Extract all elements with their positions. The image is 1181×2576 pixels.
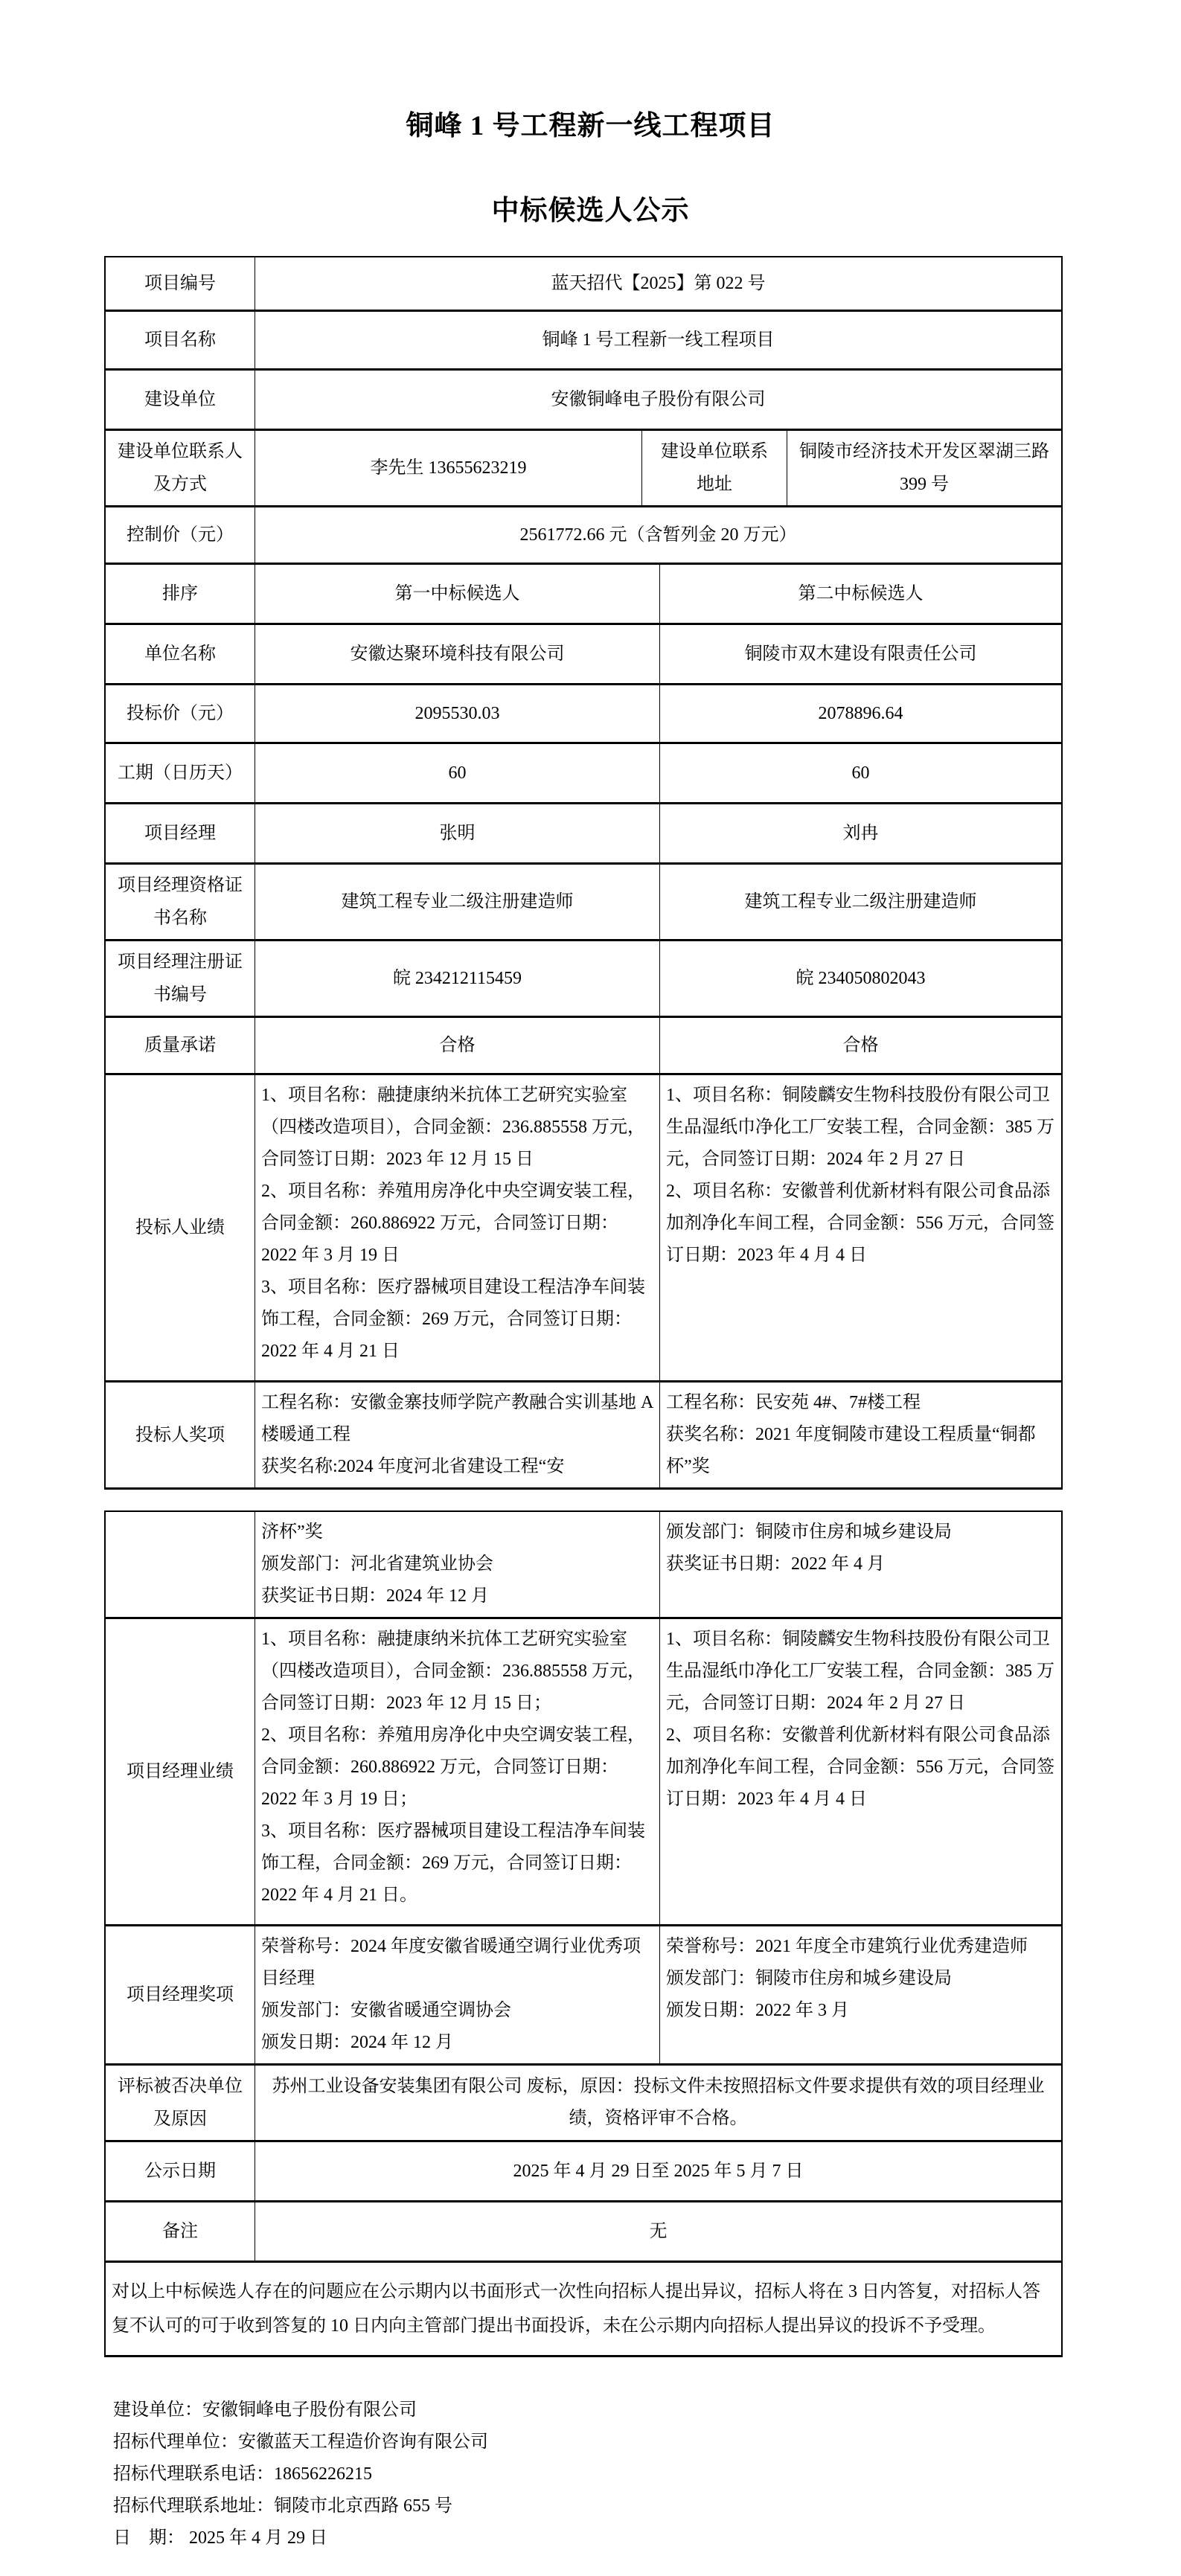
row-pm-awards-candidate1: 荣誉称号：2024 年度安徽省暖通空调行业优秀项目经理 颁发部门：安徽省暖通空调… — [255, 1926, 659, 2063]
row-duration-label: 工期（日历天） — [106, 744, 255, 802]
row-rank: 排序 第一中标候选人 第二中标候选人 — [106, 563, 1061, 623]
announcement-subtitle: 中标候选人公示 — [0, 188, 1181, 228]
row-control-price-label: 控制价（元） — [106, 507, 255, 563]
row-bidder-performance: 投标人业绩 1、项目名称：融捷康纳米抗体工艺研究实验室（四楼改造项目），合同金额… — [106, 1073, 1061, 1380]
row-bidder-awards-candidate2: 工程名称：民安苑 4#、7#楼工程 获奖名称：2021 年度铜陵市建设工程质量“… — [659, 1382, 1061, 1487]
row-project-manager-candidate1: 张明 — [255, 804, 659, 862]
row-rejected-bidders: 评标被否决单位及原因 苏州工业设备安装集团有限公司 废标，原因：投标文件未按照招… — [106, 2063, 1061, 2140]
row-bidder-performance-candidate1: 1、项目名称：融捷康纳米抗体工艺研究实验室（四楼改造项目），合同金额：236.8… — [255, 1075, 659, 1380]
award-line: 荣誉称号：2021 年度全市建筑行业优秀建造师 — [666, 1931, 1055, 1963]
performance-item: 2、项目名称：养殖用房净化中央空调安装工程，合同金额：260.886922 万元… — [261, 1720, 653, 1816]
row-company-name-candidate1: 安徽达聚环境科技有限公司 — [255, 625, 659, 683]
row-project-no-label: 项目编号 — [106, 257, 255, 310]
row-pm-awards-label: 项目经理奖项 — [106, 1926, 255, 2063]
row-project-name: 项目名称 铜峰 1 号工程新一线工程项目 — [106, 310, 1061, 368]
row-quality-commitment: 质量承诺 合格 合格 — [106, 1016, 1061, 1073]
row-pm-cert-no-candidate1: 皖 234212115459 — [255, 941, 659, 1016]
row-duration-candidate1: 60 — [255, 744, 659, 802]
row-control-price: 控制价（元） 2561772.66 元（含暂列金 20 万元） — [106, 505, 1061, 563]
row-owner-address-value: 铜陵市经济技术开发区翠湖三路 399 号 — [787, 431, 1061, 505]
row-objection-notice: 对以上中标候选人存在的问题应在公示期内以书面形式一次性向招标人提出异议，招标人将… — [106, 2261, 1061, 2355]
footer-owner: 建设单位：安徽铜峰电子股份有限公司 — [113, 2394, 1181, 2426]
announcement-page: 铜峰 1 号工程新一线工程项目 中标候选人公示 项目编号 蓝天招代【2025】第… — [0, 0, 1181, 2576]
row-publicity-period-label: 公示日期 — [106, 2142, 255, 2200]
row-pm-cert-name-candidate1: 建筑工程专业二级注册建造师 — [255, 865, 659, 939]
row-bidder-awards-continued-label — [106, 1512, 255, 1617]
continuation-table: 济杯”奖 颁发部门：河北省建筑业协会 获奖证书日期：2024 年 12 月 颁发… — [104, 1510, 1063, 2357]
performance-item: 3、项目名称：医疗器械项目建设工程洁净车间装饰工程，合同金额：269 万元，合同… — [261, 1272, 653, 1368]
award-line: 济杯”奖 — [261, 1516, 653, 1548]
award-line: 颁发日期：2022 年 3 月 — [666, 1995, 1055, 2027]
row-remarks: 备注 无 — [106, 2200, 1061, 2261]
row-project-name-label: 项目名称 — [106, 312, 255, 368]
award-line: 工程名称：民安苑 4#、7#楼工程 — [666, 1387, 1055, 1419]
award-line: 获奖证书日期：2022 年 4 月 — [666, 1548, 1055, 1580]
row-project-no-value: 蓝天招代【2025】第 022 号 — [255, 257, 1061, 310]
row-quality-commitment-label: 质量承诺 — [106, 1018, 255, 1073]
performance-item: 1、项目名称：融捷康纳米抗体工艺研究实验室（四楼改造项目），合同金额：236.8… — [261, 1624, 653, 1720]
row-rank-label: 排序 — [106, 565, 255, 623]
performance-item: 2、项目名称：养殖用房净化中央空调安装工程，合同金额：260.886922 万元… — [261, 1176, 653, 1272]
row-bidder-awards-label: 投标人奖项 — [106, 1382, 255, 1487]
row-pm-awards-candidate2: 荣誉称号：2021 年度全市建筑行业优秀建造师 颁发部门：铜陵市住房和城乡建设局… — [659, 1926, 1061, 2063]
footer-agency-address: 招标代理联系地址：铜陵市北京西路 655 号 — [113, 2490, 1181, 2522]
row-project-manager-label: 项目经理 — [106, 804, 255, 862]
footer-agency-phone: 招标代理联系电话：18656226215 — [113, 2458, 1181, 2490]
row-remarks-value: 无 — [255, 2202, 1061, 2261]
award-line: 颁发日期：2024 年 12 月 — [261, 2027, 653, 2059]
performance-item: 1、项目名称：铜陵麟安生物科技股份有限公司卫生品湿纸巾净化工厂安装工程，合同金额… — [666, 1624, 1055, 1720]
award-line: 获奖证书日期：2024 年 12 月 — [261, 1580, 653, 1612]
row-pm-cert-name-candidate2: 建筑工程专业二级注册建造师 — [659, 865, 1061, 939]
row-pm-performance-label: 项目经理业绩 — [106, 1619, 255, 1924]
objection-notice-text: 对以上中标候选人存在的问题应在公示期内以书面形式一次性向招标人提出异议，招标人将… — [112, 2275, 1055, 2343]
row-pm-performance-candidate1: 1、项目名称：融捷康纳米抗体工艺研究实验室（四楼改造项目），合同金额：236.8… — [255, 1619, 659, 1924]
row-bid-price-candidate1: 2095530.03 — [255, 685, 659, 742]
row-pm-awards: 项目经理奖项 荣誉称号：2024 年度安徽省暖通空调行业优秀项目经理 颁发部门：… — [106, 1924, 1061, 2063]
performance-item: 1、项目名称：铜陵麟安生物科技股份有限公司卫生品湿纸巾净化工厂安装工程，合同金额… — [666, 1080, 1055, 1176]
performance-item: 3、项目名称：医疗器械项目建设工程洁净车间装饰工程，合同金额：269 万元，合同… — [261, 1816, 653, 1912]
objection-notice: 对以上中标候选人存在的问题应在公示期内以书面形式一次性向招标人提出异议，招标人将… — [106, 2263, 1061, 2355]
footer-agency: 招标代理单位：安徽蓝天工程造价咨询有限公司 — [113, 2426, 1181, 2458]
award-line: 获奖名称:2024 年度河北省建设工程“安 — [261, 1451, 653, 1483]
performance-item: 2、项目名称：安徽普利优新材料有限公司食品添加剂净化车间工程，合同金额：556 … — [666, 1176, 1055, 1272]
row-bid-price-label: 投标价（元） — [106, 685, 255, 742]
row-pm-cert-name-label: 项目经理资格证书名称 — [106, 865, 255, 939]
row-bid-price-candidate2: 2078896.64 — [659, 685, 1061, 742]
performance-item: 2、项目名称：安徽普利优新材料有限公司食品添加剂净化车间工程，合同金额：556 … — [666, 1720, 1055, 1816]
row-publicity-period-value: 2025 年 4 月 29 日至 2025 年 5 月 7 日 — [255, 2142, 1061, 2200]
row-remarks-label: 备注 — [106, 2202, 255, 2261]
row-pm-cert-no-candidate2: 皖 234050802043 — [659, 941, 1061, 1016]
performance-item: 1、项目名称：融捷康纳米抗体工艺研究实验室（四楼改造项目），合同金额：236.8… — [261, 1080, 653, 1176]
row-quality-commitment-candidate2: 合格 — [659, 1018, 1061, 1073]
row-pm-performance: 项目经理业绩 1、项目名称：融捷康纳米抗体工艺研究实验室（四楼改造项目），合同金… — [106, 1617, 1061, 1924]
row-project-name-value: 铜峰 1 号工程新一线工程项目 — [255, 312, 1061, 368]
signature-block: 建设单位：安徽铜峰电子股份有限公司 招标代理单位：安徽蓝天工程造价咨询有限公司 … — [113, 2394, 1181, 2554]
row-bidder-awards-candidate1: 工程名称：安徽金寨技师学院产教融合实训基地 A 楼暖通工程 获奖名称:2024 … — [255, 1382, 659, 1487]
award-line: 获奖名称：2021 年度铜陵市建设工程质量“铜都杯”奖 — [666, 1419, 1055, 1483]
row-pm-cert-no: 项目经理注册证书编号 皖 234212115459 皖 234050802043 — [106, 939, 1061, 1016]
award-line: 颁发部门：铜陵市住房和城乡建设局 — [666, 1963, 1055, 1995]
row-bidder-awards-continued-candidate1: 济杯”奖 颁发部门：河北省建筑业协会 获奖证书日期：2024 年 12 月 — [255, 1512, 659, 1617]
row-owner-address-label: 建设单位联系地址 — [641, 431, 787, 505]
row-duration-candidate2: 60 — [659, 744, 1061, 802]
award-line: 荣誉称号：2024 年度安徽省暖通空调行业优秀项目经理 — [261, 1931, 653, 1995]
row-rank-candidate1: 第一中标候选人 — [255, 565, 659, 623]
row-owner-contact-value: 李先生 13655623219 — [255, 431, 641, 505]
award-line: 颁发部门：铜陵市住房和城乡建设局 — [666, 1516, 1055, 1548]
row-project-manager: 项目经理 张明 刘冉 — [106, 802, 1061, 862]
row-project-manager-candidate2: 刘冉 — [659, 804, 1061, 862]
row-owner-contact: 建设单位联系人及方式 李先生 13655623219 建设单位联系地址 铜陵市经… — [106, 429, 1061, 505]
document-title: 铜峰 1 号工程新一线工程项目 — [0, 0, 1181, 143]
row-bidder-awards-continued: 济杯”奖 颁发部门：河北省建筑业协会 获奖证书日期：2024 年 12 月 颁发… — [106, 1512, 1061, 1617]
row-bidder-awards: 投标人奖项 工程名称：安徽金寨技师学院产教融合实训基地 A 楼暖通工程 获奖名称… — [106, 1380, 1061, 1487]
row-rejected-bidders-value: 苏州工业设备安装集团有限公司 废标，原因：投标文件未按照招标文件要求提供有效的项… — [255, 2066, 1061, 2140]
row-owner: 建设单位 安徽铜峰电子股份有限公司 — [106, 368, 1061, 429]
row-owner-value: 安徽铜峰电子股份有限公司 — [255, 371, 1061, 429]
row-bidder-awards-continued-candidate2: 颁发部门：铜陵市住房和城乡建设局 获奖证书日期：2022 年 4 月 — [659, 1512, 1061, 1617]
row-bidder-performance-candidate2: 1、项目名称：铜陵麟安生物科技股份有限公司卫生品湿纸巾净化工厂安装工程，合同金额… — [659, 1075, 1061, 1380]
award-line: 颁发部门：安徽省暖通空调协会 — [261, 1995, 653, 2027]
row-owner-label: 建设单位 — [106, 371, 255, 429]
row-company-name: 单位名称 安徽达聚环境科技有限公司 铜陵市双木建设有限责任公司 — [106, 623, 1061, 683]
row-rank-candidate2: 第二中标候选人 — [659, 565, 1061, 623]
row-rejected-bidders-label: 评标被否决单位及原因 — [106, 2066, 255, 2140]
row-duration: 工期（日历天） 60 60 — [106, 742, 1061, 802]
row-company-name-label: 单位名称 — [106, 625, 255, 683]
row-owner-contact-label: 建设单位联系人及方式 — [106, 431, 255, 505]
row-project-no: 项目编号 蓝天招代【2025】第 022 号 — [106, 257, 1061, 310]
row-publicity-period: 公示日期 2025 年 4 月 29 日至 2025 年 5 月 7 日 — [106, 2140, 1061, 2200]
award-line: 颁发部门：河北省建筑业协会 — [261, 1548, 653, 1580]
footer-date: 日 期： 2025 年 4 月 29 日 — [113, 2522, 1181, 2554]
row-pm-cert-name: 项目经理资格证书名称 建筑工程专业二级注册建造师 建筑工程专业二级注册建造师 — [106, 862, 1061, 939]
row-control-price-value: 2561772.66 元（含暂列金 20 万元） — [255, 507, 1061, 563]
row-bid-price: 投标价（元） 2095530.03 2078896.64 — [106, 683, 1061, 742]
row-company-name-candidate2: 铜陵市双木建设有限责任公司 — [659, 625, 1061, 683]
main-table: 项目编号 蓝天招代【2025】第 022 号 项目名称 铜峰 1 号工程新一线工… — [104, 256, 1063, 1490]
row-pm-cert-no-label: 项目经理注册证书编号 — [106, 941, 255, 1016]
award-line: 工程名称：安徽金寨技师学院产教融合实训基地 A 楼暖通工程 — [261, 1387, 653, 1451]
row-pm-performance-candidate2: 1、项目名称：铜陵麟安生物科技股份有限公司卫生品湿纸巾净化工厂安装工程，合同金额… — [659, 1619, 1061, 1924]
row-bidder-performance-label: 投标人业绩 — [106, 1075, 255, 1380]
row-quality-commitment-candidate1: 合格 — [255, 1018, 659, 1073]
